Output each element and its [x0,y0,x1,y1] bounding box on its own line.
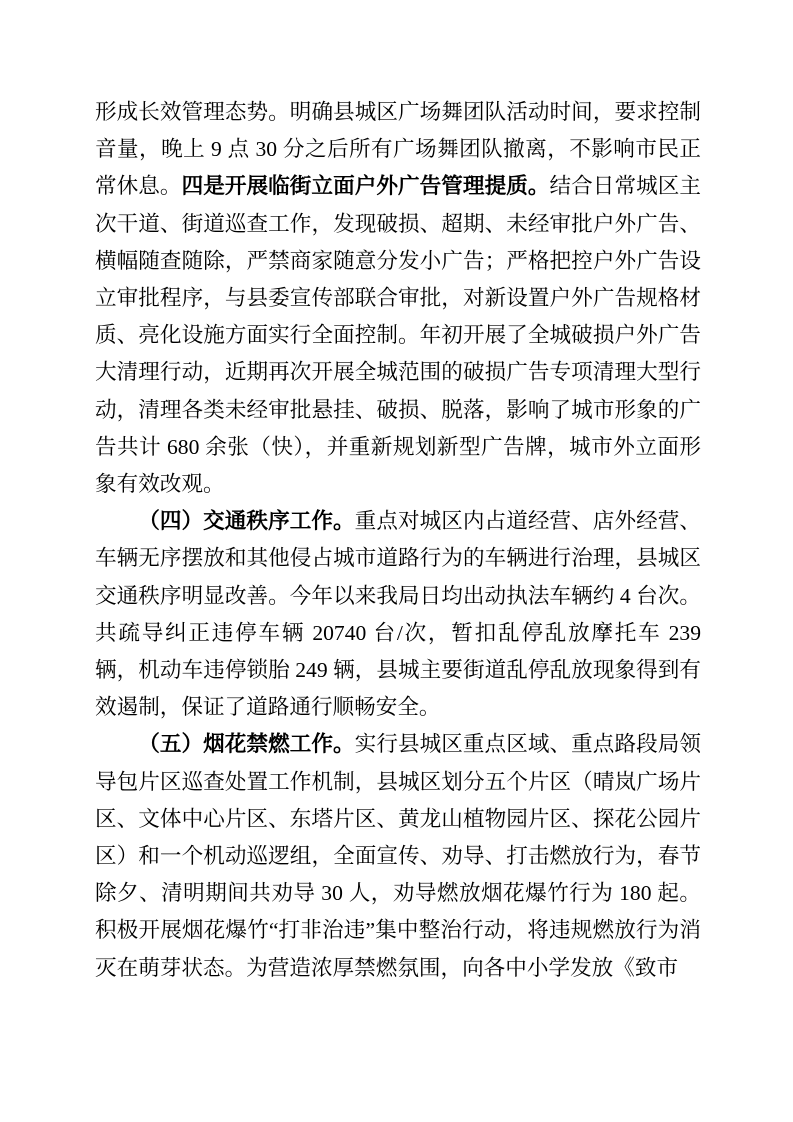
paragraph-text: 实行县城区重点区域、重点路段局领导包片区巡查处置工作机制，县城区划分五个片区（晴… [95,732,701,979]
document-body: 形成长效管理态势。明确县城区广场舞团队活动时间，要求控制音量，晚上 9 点 30… [95,94,701,987]
paragraph-text: 重点对城区内占道经营、店外经营、车辆无序摆放和其他侵占城市道路行为的车辆进行治理… [95,509,701,719]
section-heading-fireworks-ban: （五）烟花禁燃工作。 [138,732,354,756]
inline-heading-outdoor-ads: 四是开展临街立面户外广告管理提质。 [182,174,550,198]
document-page: 形成长效管理态势。明确县城区广场舞团队活动时间，要求控制音量，晚上 9 点 30… [0,0,793,1122]
paragraph-fireworks-ban: （五）烟花禁燃工作。实行县城区重点区域、重点路段局领导包片区巡查处置工作机制，县… [95,726,701,986]
paragraph-traffic-order: （四）交通秩序工作。重点对城区内占道经营、店外经营、车辆无序摆放和其他侵占城市道… [95,503,701,726]
paragraph-text: 结合日常城区主次干道、街道巡查工作，发现破损、超期、未经审批户外广告、横幅随查随… [95,174,701,496]
section-heading-traffic-order: （四）交通秩序工作。 [138,509,354,533]
paragraph-continued: 形成长效管理态势。明确县城区广场舞团队活动时间，要求控制音量，晚上 9 点 30… [95,94,701,503]
